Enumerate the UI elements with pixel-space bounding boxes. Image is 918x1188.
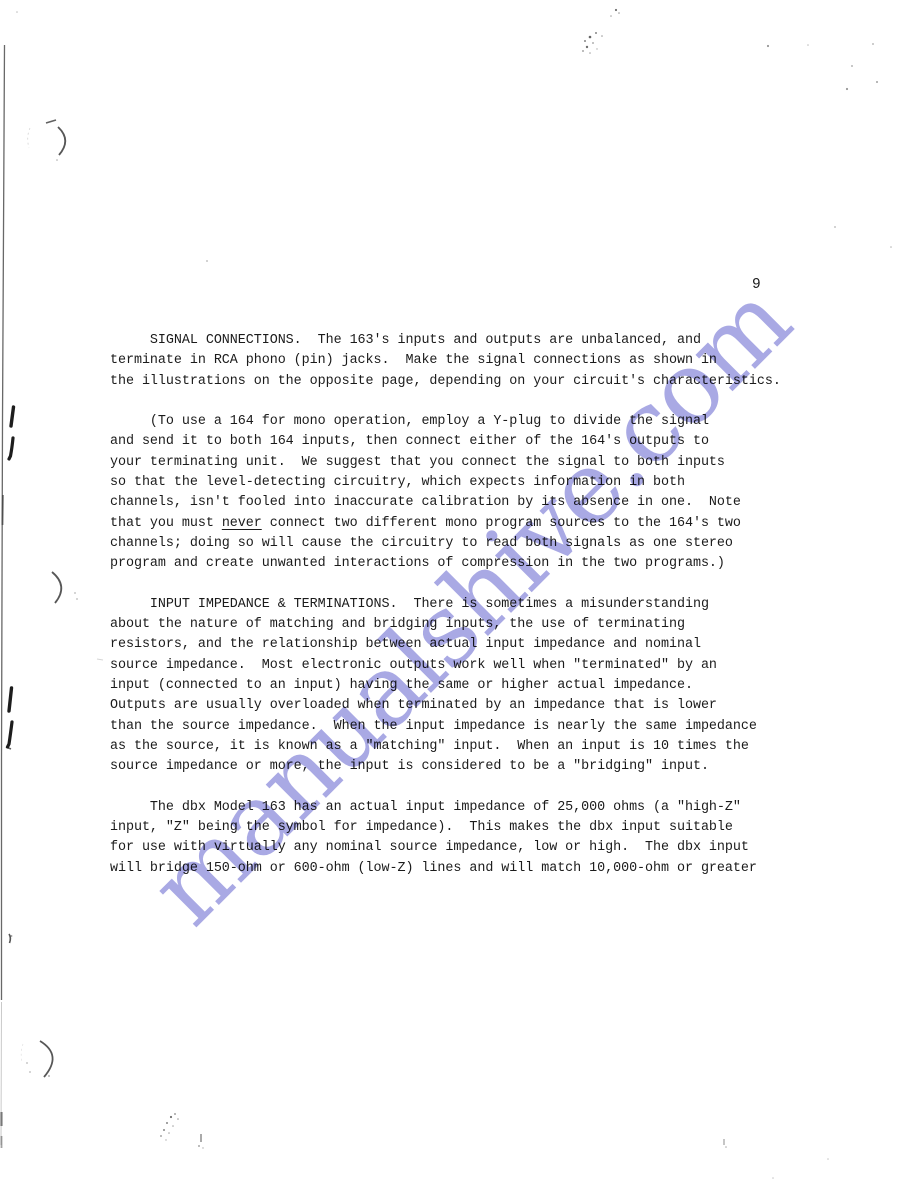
text-line: terminate in RCA phono (pin) jacks. Make…: [110, 351, 820, 371]
margin-mark-ticks-lower: [6, 688, 12, 749]
paragraph: The dbx Model 163 has an actual input im…: [110, 798, 820, 879]
text-line: for use with virtually any nominal sourc…: [110, 838, 820, 858]
speckles-bottom: [160, 1113, 204, 1149]
text-line: input (connected to an input) having the…: [110, 676, 820, 696]
text-line: your terminating unit. We suggest that y…: [110, 453, 820, 473]
margin-mark-ticks-upper: [9, 407, 14, 459]
text-line: source impedance or more, the input is c…: [110, 757, 820, 777]
margin-mark-paren-middle: [52, 572, 103, 660]
text-line: (To use a 164 for mono operation, employ…: [110, 412, 820, 432]
paragraph: SIGNAL CONNECTIONS. The 163's inputs and…: [110, 331, 820, 392]
speckles-misc: [16, 11, 892, 262]
margin-mark-apostrophe: [9, 934, 12, 943]
scan-edge-line: [1, 45, 5, 1148]
text-line: source impedance. Most electronic output…: [110, 656, 820, 676]
paragraph: (To use a 164 for mono operation, employ…: [110, 412, 820, 574]
text-line: about the nature of matching and bridgin…: [110, 615, 820, 635]
page-number: 9: [752, 276, 761, 294]
text-line: input, "Z" being the symbol for impedanc…: [110, 818, 820, 838]
speckles-top: [582, 9, 620, 54]
paragraph: INPUT IMPEDANCE & TERMINATIONS. There is…: [110, 595, 820, 778]
margin-mark-paren-bottom: [21, 1041, 52, 1077]
text-line: program and create unwanted interactions…: [110, 554, 820, 574]
text-line: The dbx Model 163 has an actual input im…: [110, 798, 820, 818]
text-line: than the source impedance. When the inpu…: [110, 717, 820, 737]
document-text: SIGNAL CONNECTIONS. The 163's inputs and…: [110, 331, 820, 879]
scanned-page: 9 SIGNAL CONNECTIONS. The 163's inputs a…: [0, 0, 918, 1188]
text-line: that you must never connect two differen…: [110, 514, 820, 534]
text-line: SIGNAL CONNECTIONS. The 163's inputs and…: [110, 331, 820, 351]
text-line: channels; doing so will cause the circui…: [110, 534, 820, 554]
text-line: Outputs are usually overloaded when term…: [110, 696, 820, 716]
text-line: resistors, and the relationship between …: [110, 635, 820, 655]
text-line: channels, isn't fooled into inaccurate c…: [110, 493, 820, 513]
text-line: will bridge 150-ohm or 600-ohm (low-Z) l…: [110, 859, 820, 879]
text-line: as the source, it is known as a "matchin…: [110, 737, 820, 757]
text-line: the illustrations on the opposite page, …: [110, 372, 820, 392]
speckles-bottom-right: [724, 1139, 829, 1179]
text-line: INPUT IMPEDANCE & TERMINATIONS. There is…: [110, 595, 820, 615]
margin-mark-paren-top: [28, 120, 66, 161]
text-line: so that the level-detecting circuitry, w…: [110, 473, 820, 493]
text-line: and send it to both 164 inputs, then con…: [110, 432, 820, 452]
